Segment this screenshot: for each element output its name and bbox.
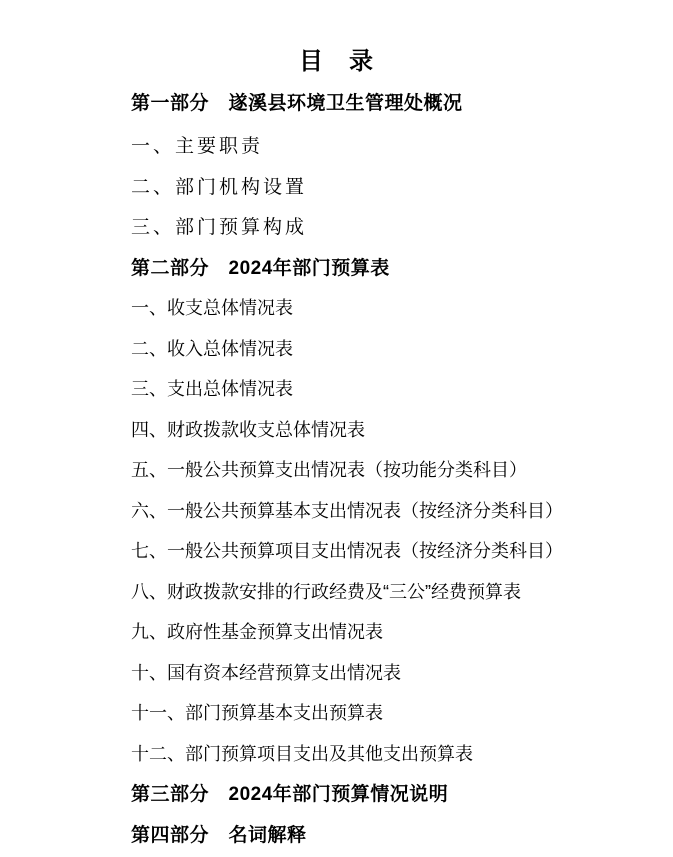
toc-item-fiscal-appropriation-overall: 四、财政拨款收支总体情况表	[131, 420, 365, 441]
toc-item-revenue-expenditure-overall: 一、收支总体情况表	[131, 298, 293, 319]
toc-item-dept-basic-expenditure: 十一、部门预算基本支出预算表	[131, 703, 383, 724]
toc-item-org-structure: 二、部门机构设置	[131, 177, 307, 198]
toc-item-dept-project-other-expenditure: 十二、部门预算项目支出及其他支出预算表	[131, 744, 473, 765]
toc-item-state-capital-budget: 十、国有资本经营预算支出情况表	[131, 663, 401, 684]
toc-item-govt-fund-budget: 九、政府性基金预算支出情况表	[131, 622, 383, 643]
toc-item-general-budget-basic-economic: 六、一般公共预算基本支出情况表（按经济分类科目）	[131, 501, 563, 522]
toc-item-general-budget-project-economic: 七、一般公共预算项目支出情况表（按经济分类科目）	[131, 541, 563, 562]
toc-page: 目 录 第一部分 遂溪县环境卫生管理处概况 一、主要职责 二、部门机构设置 三、…	[0, 0, 673, 857]
toc-heading-part3: 第三部分 2024年部门预算情况说明	[131, 784, 448, 805]
toc-item-general-budget-expenditure-functional: 五、一般公共预算支出情况表（按功能分类科目）	[131, 460, 527, 481]
toc-item-admin-three-public-funds: 八、财政拨款安排的行政经费及“三公”经费预算表	[131, 582, 521, 603]
toc-item-main-duties: 一、主要职责	[131, 136, 263, 157]
toc-item-budget-composition: 三、部门预算构成	[131, 217, 307, 238]
toc-heading-part1: 第一部分 遂溪县环境卫生管理处概况	[131, 93, 463, 114]
toc-heading-part4: 第四部分 名词解释	[131, 825, 307, 846]
toc-heading-part2: 第二部分 2024年部门预算表	[131, 258, 390, 279]
page-title: 目 录	[0, 41, 673, 76]
toc-item-revenue-overall: 二、收入总体情况表	[131, 339, 293, 360]
toc-item-expenditure-overall: 三、支出总体情况表	[131, 379, 293, 400]
